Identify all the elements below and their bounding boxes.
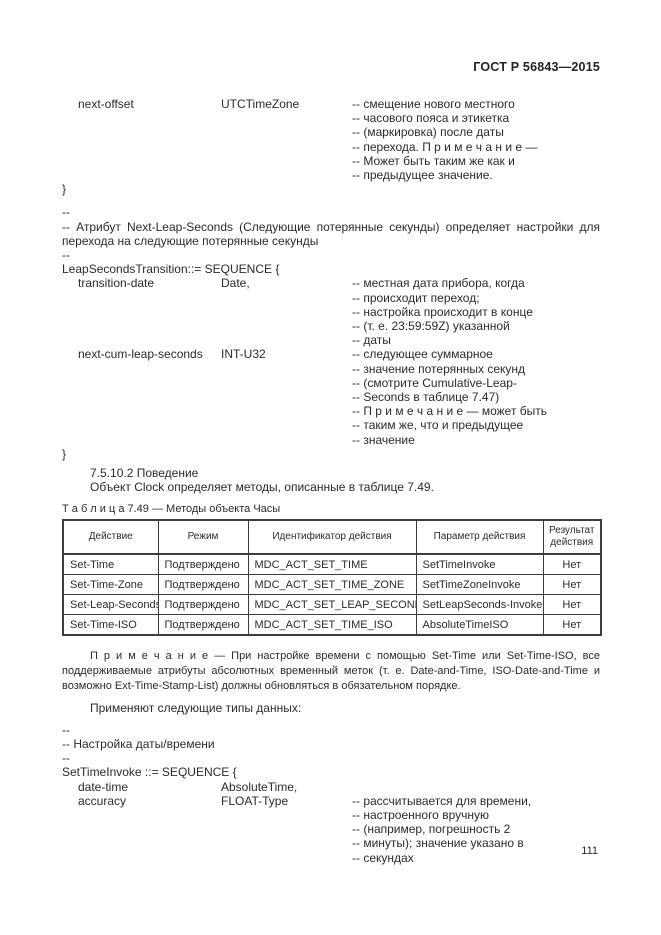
table-cell: Нет: [543, 615, 601, 636]
table-cell: Нет: [543, 595, 601, 615]
apply-paragraph: Применяют следующие типы данных:: [62, 701, 600, 715]
closing-brace: }: [62, 447, 600, 461]
comment-line: -- таким же, что и предыдущее: [352, 418, 600, 432]
comment-line: -- значение потерянных секунд: [352, 362, 600, 376]
table-cell: MDC_ACT_SET_LEAP_SECONDS: [248, 595, 416, 615]
comment-line: -- настройка происходит в конце: [352, 305, 600, 319]
code-rows-3: date-timeAbsoluteTime,accuracyFLOAT-Type…: [62, 780, 600, 865]
table-cell: Set-Time: [63, 554, 158, 575]
table-row: Set-TimeПодтвержденоMDC_ACT_SET_TIMESetT…: [63, 554, 601, 575]
sequence-declaration: LeapSecondsTransition::= SEQUENCE {: [62, 262, 600, 276]
table-cell: Set-Time-Zone: [63, 575, 158, 595]
table-cell: Подтверждено: [158, 554, 248, 575]
comment-line: -- (маркировка) после даты: [352, 125, 600, 139]
table-row: Set-Leap-SecondsПодтвержденоMDC_ACT_SET_…: [63, 595, 601, 615]
column-header: Режим: [158, 520, 248, 554]
methods-table: ДействиеРежимИдентификатор действияПарам…: [62, 519, 602, 636]
table-cell: AbsoluteTimeISO: [416, 615, 543, 636]
field-name: transition-date: [62, 276, 221, 290]
field-comments: -- следующее суммарное-- значение потеря…: [352, 347, 600, 446]
closing-brace: }: [62, 182, 600, 196]
comment-line: -- П р и м е ч а н и е — может быть: [352, 404, 600, 418]
comment-line: -- местная дата прибора, когда: [352, 276, 600, 290]
comment-line: -- рассчитывается для времени,: [352, 794, 600, 808]
table-cell: Set-Time-ISO: [63, 615, 158, 636]
table-header-row: ДействиеРежимИдентификатор действияПарам…: [63, 520, 601, 554]
table-cell: MDC_ACT_SET_TIME_ZONE: [248, 575, 416, 595]
field-name: accuracy: [62, 794, 221, 808]
sequence-declaration: SetTimeInvoke ::= SEQUENCE {: [62, 765, 600, 779]
field-type: Date,: [221, 276, 352, 290]
table-cell: Нет: [543, 575, 601, 595]
comment-line: -- перехода. П р и м е ч а н и е —: [352, 140, 600, 154]
code-row: next-offsetUTCTimeZone-- смещение нового…: [62, 97, 600, 182]
field-comments: -- смещение нового местного-- часового п…: [352, 97, 600, 182]
asn1-block-settimeinvoke: -- -- Настройка даты/времени -- SetTimeI…: [62, 723, 600, 865]
table-cell: Set-Leap-Seconds: [63, 595, 158, 615]
page-content: ГОСТ Р 56843—2015 next-offsetUTCTimeZone…: [62, 0, 600, 865]
code-row: date-timeAbsoluteTime,: [62, 780, 600, 794]
table-cell: Нет: [543, 554, 601, 575]
section-heading: 7.5.10.2 Поведение: [90, 466, 600, 480]
comment-title: -- Настройка даты/времени: [62, 737, 600, 751]
table-caption: Т а б л и ц а 7.49 — Методы объекта Часы: [62, 503, 600, 515]
comment-dash: --: [62, 248, 600, 262]
column-header: Действие: [63, 520, 158, 554]
field-comments: -- местная дата прибора, когда-- происхо…: [352, 276, 600, 347]
asn1-block-utctimezone: next-offsetUTCTimeZone-- смещение нового…: [62, 97, 600, 196]
table-cell: Подтверждено: [158, 595, 248, 615]
table-row: Set-Time-ISOПодтвержденоMDC_ACT_SET_TIME…: [63, 615, 601, 636]
page-number: 111: [581, 845, 598, 857]
table-cell: Подтверждено: [158, 615, 248, 636]
field-type: AbsoluteTime,: [221, 780, 352, 794]
field-type: INT-U32: [221, 347, 352, 361]
comment-line: -- предыдущее значение.: [352, 168, 600, 182]
column-header: Идентификатор действия: [248, 520, 416, 554]
comment-dash: --: [62, 723, 600, 737]
code-rows-2: transition-dateDate,-- местная дата приб…: [62, 276, 600, 446]
column-header: Параметр действия: [416, 520, 543, 554]
comment-dash: --: [62, 205, 600, 219]
table-body: Set-TimeПодтвержденоMDC_ACT_SET_TIMESetT…: [63, 554, 601, 635]
comment-line: -- часового пояса и этикетка: [352, 111, 600, 125]
table-cell: SetTimeZoneInvoke: [416, 575, 543, 595]
comment-line: -- происходит переход;: [352, 291, 600, 305]
table-row: Set-Time-ZoneПодтвержденоMDC_ACT_SET_TIM…: [63, 575, 601, 595]
comment-line: -- настроенного вручную: [352, 808, 600, 822]
comment-line: -- (смотрите Cumulative-Leap-: [352, 376, 600, 390]
comment-line: -- даты: [352, 333, 600, 347]
comment-line: -- секундах: [352, 851, 600, 865]
code-rows-1: next-offsetUTCTimeZone-- смещение нового…: [62, 97, 600, 182]
table-cell: SetTimeInvoke: [416, 554, 543, 575]
comment-line: -- (например, погрешность 2: [352, 822, 600, 836]
comment-line: -- смещение нового местного: [352, 97, 600, 111]
field-comments: -- рассчитывается для времени,-- настрое…: [352, 794, 600, 865]
table-note: П р и м е ч а н и е — При настройке врем…: [62, 649, 600, 694]
behavior-section: 7.5.10.2 Поведение Объект Clock определя…: [62, 466, 600, 494]
comment-line: -- значение: [352, 433, 600, 447]
comment-line: -- Seconds в таблице 7.47): [352, 390, 600, 404]
field-name: next-offset: [62, 97, 221, 111]
asn1-block-leap-seconds: -- -- Атрибут Next-Leap-Seconds (Следующ…: [62, 205, 600, 461]
document-page: ГОСТ Р 56843—2015 next-offsetUTCTimeZone…: [0, 0, 661, 935]
table-cell: SetLeapSeconds-Invoke: [416, 595, 543, 615]
column-header: Результат действия: [543, 520, 601, 554]
field-type: FLOAT-Type: [221, 794, 352, 808]
field-name: next-cum-leap-seconds: [62, 347, 221, 361]
table-cell: MDC_ACT_SET_TIME_ISO: [248, 615, 416, 636]
comment-line: -- (т. е. 23:59:59Z) указанной: [352, 319, 600, 333]
field-name: date-time: [62, 780, 221, 794]
comment-paragraph: -- Атрибут Next-Leap-Seconds (Следующие …: [62, 220, 600, 248]
field-type: UTCTimeZone: [221, 97, 352, 111]
table-header-row: ДействиеРежимИдентификатор действияПарам…: [63, 520, 601, 554]
comment-dash: --: [62, 751, 600, 765]
comment-line: -- минуты); значение указано в: [352, 836, 600, 850]
comment-line: -- следующее суммарное: [352, 347, 600, 361]
code-row: accuracyFLOAT-Type-- рассчитывается для …: [62, 794, 600, 865]
table-cell: Подтверждено: [158, 575, 248, 595]
code-row: transition-dateDate,-- местная дата приб…: [62, 276, 600, 347]
comment-line: -- Может быть таким же как и: [352, 154, 600, 168]
section-paragraph: Объект Clock определяет методы, описанны…: [90, 480, 600, 494]
table-cell: MDC_ACT_SET_TIME: [248, 554, 416, 575]
doc-number-header: ГОСТ Р 56843—2015: [62, 60, 600, 74]
code-row: next-cum-leap-secondsINT-U32-- следующее…: [62, 347, 600, 446]
